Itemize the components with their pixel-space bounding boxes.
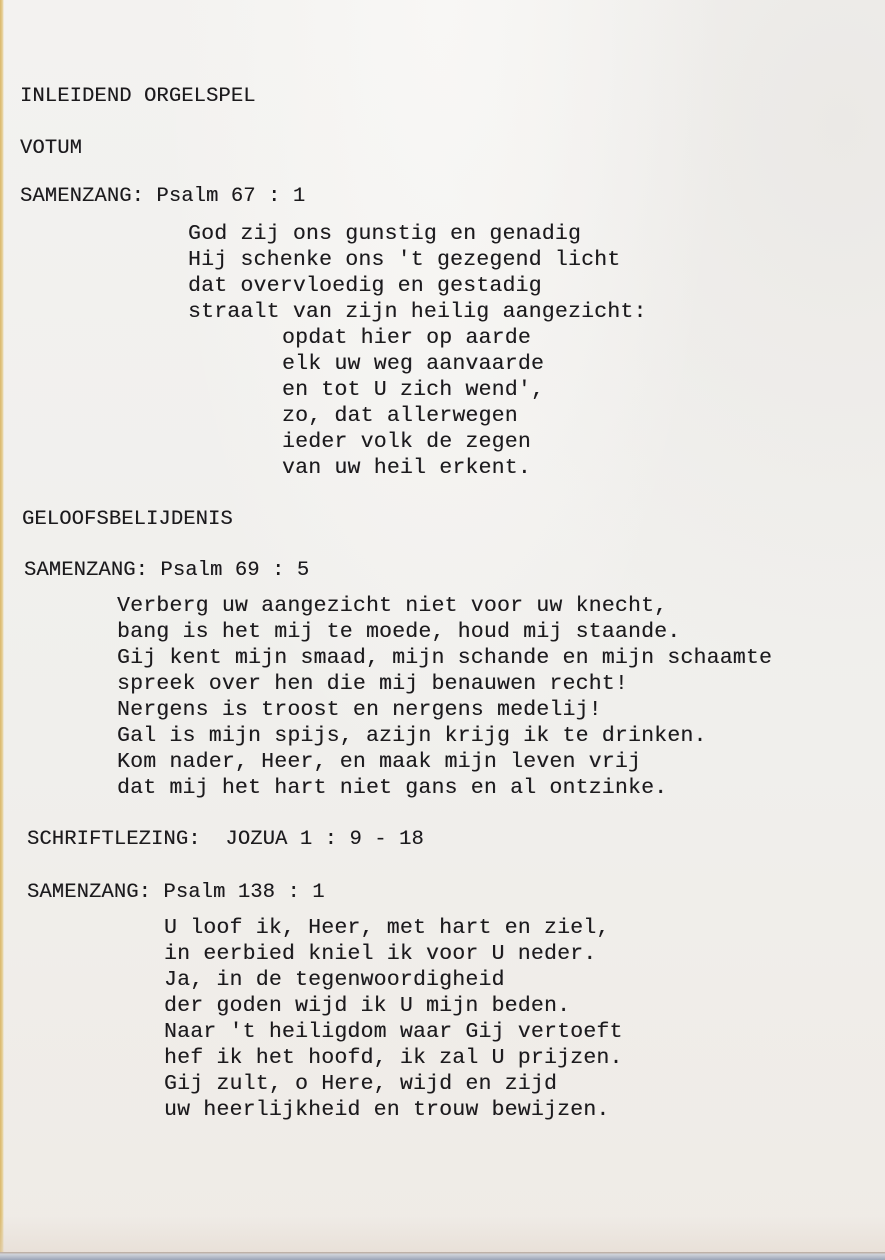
verse-line: dat mij het hart niet gans en al ontzink… [117,775,772,801]
verse-line: elk uw weg aanvaarde [188,351,647,377]
verse-psalm-69: Verberg uw aangezicht niet voor uw knech… [117,593,772,801]
verse-line: bang is het mij te moede, houd mij staan… [117,619,772,645]
verse-line: God zij ons gunstig en genadig [188,221,647,247]
verse-line: Nergens is troost en nergens medelij! [117,697,772,723]
paper-bottom-shadow [0,1215,885,1252]
verse-line: Kom nader, Heer, en maak mijn leven vrij [117,749,772,775]
typewritten-page: INLEIDEND ORGELSPEL VOTUM SAMENZANG: Psa… [0,0,885,1252]
heading-samenzang-psalm-67: SAMENZANG: Psalm 67 : 1 [20,184,305,210]
verse-line: straalt van zijn heilig aangezicht: [188,299,647,325]
verse-line: dat overvloedig en gestadig [188,273,647,299]
heading-inleidend-orgelspel: INLEIDEND ORGELSPEL [20,84,256,110]
paper-left-edge [0,0,4,1252]
verse-line: U loof ik, Heer, met hart en ziel, [164,915,623,941]
scanner-bottom-edge [0,1252,885,1260]
verse-line: Hij schenke ons 't gezegend licht [188,247,647,273]
verse-line: opdat hier op aarde [188,325,647,351]
heading-samenzang-psalm-69: SAMENZANG: Psalm 69 : 5 [24,558,309,584]
heading-schriftlezing: SCHRIFTLEZING: JOZUA 1 : 9 - 18 [27,827,424,853]
verse-psalm-138: U loof ik, Heer, met hart en ziel, in ee… [164,915,623,1123]
verse-line: uw heerlijkheid en trouw bewijzen. [164,1097,623,1123]
verse-line: Gal is mijn spijs, azijn krijg ik te dri… [117,723,772,749]
verse-line: ieder volk de zegen [188,429,647,455]
verse-line: hef ik het hoofd, ik zal U prijzen. [164,1045,623,1071]
verse-line: Ja, in de tegenwoordigheid [164,967,623,993]
verse-line: spreek over hen die mij benauwen recht! [117,671,772,697]
verse-line: en tot U zich wend', [188,377,647,403]
verse-line: zo, dat allerwegen [188,403,647,429]
verse-line: in eerbied kniel ik voor U neder. [164,941,623,967]
verse-line: der goden wijd ik U mijn beden. [164,993,623,1019]
verse-line: Gij zult, o Here, wijd en zijd [164,1071,623,1097]
heading-votum: VOTUM [20,136,82,162]
verse-line: Naar 't heiligdom waar Gij vertoeft [164,1019,623,1045]
verse-line: Verberg uw aangezicht niet voor uw knech… [117,593,772,619]
verse-line: Gij kent mijn smaad, mijn schande en mij… [117,645,772,671]
verse-line: van uw heil erkent. [188,455,647,481]
heading-samenzang-psalm-138: SAMENZANG: Psalm 138 : 1 [27,880,325,906]
verse-psalm-67: God zij ons gunstig en genadig Hij schen… [188,221,647,481]
heading-geloofsbelijdenis: GELOOFSBELIJDENIS [22,507,233,533]
